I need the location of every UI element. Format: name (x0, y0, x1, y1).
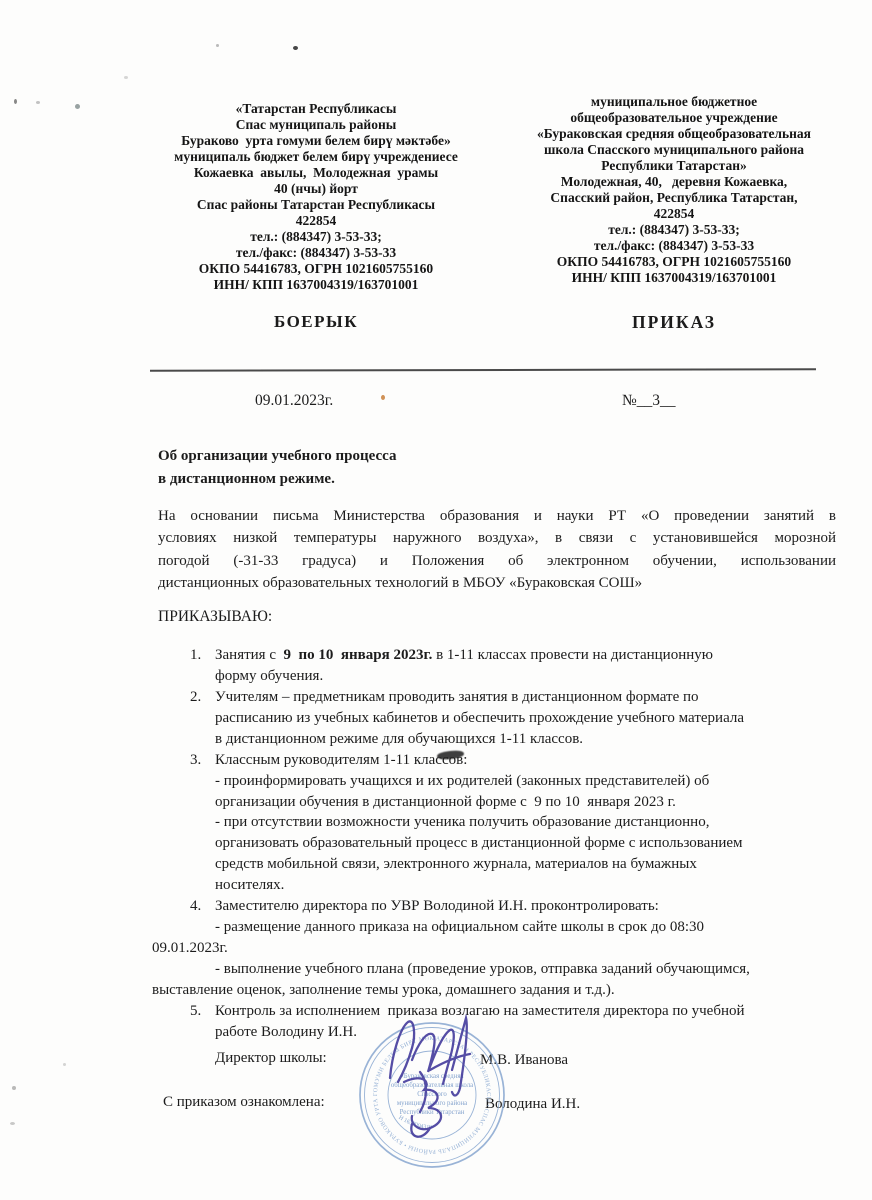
text-line: общеобразовательное учреждение (488, 110, 860, 126)
scan-speck (14, 99, 17, 104)
order-word: ПРИКАЗЫВАЮ: (158, 608, 836, 626)
text-line: Спасский район, Республика Татарстан, (488, 190, 860, 206)
text-line: ИНН/ КПП 1637004319/163701001 (150, 277, 482, 293)
signature-row-acknowledged: С приказом ознакомлена: Володина И.Н. (158, 1094, 836, 1115)
text-line: муниципальное бюджетное (488, 94, 860, 110)
text-line: тел.: (884347) 3-53-33; (488, 222, 860, 238)
item-line: расписанию из учебных кабинетов и обеспе… (215, 708, 836, 729)
signature-label: Директор школы: (215, 1050, 327, 1066)
item-line: - размещение данного приказа на официаль… (215, 917, 836, 938)
scan-speck (293, 46, 298, 50)
scan-speck (216, 44, 219, 47)
text-line: На основании письма Министерства образов… (158, 505, 836, 527)
scan-speck (12, 1086, 16, 1090)
item-line: Классным руководителям 1-11 классов: (215, 750, 836, 771)
order-item: 3.Классным руководителям 1-11 классов:- … (158, 750, 836, 896)
text-line: Спас муниципаль районы (150, 117, 482, 133)
text-line: Республики Татарстан» (488, 158, 860, 174)
item-number: 3. (190, 750, 201, 771)
scan-speck (124, 76, 128, 79)
order-meta: 09.01.2023г. №__3__ (158, 392, 872, 414)
text-line: Кожаевка авылы, Молодежная урамы (150, 165, 482, 181)
text-line: Спас районы Татарстан Республикасы (150, 197, 482, 213)
order-item: 1.Занятия с 9 по 10 января 2023г. в 1-11… (158, 645, 836, 687)
subject-line: Об организации учебного процесса (158, 445, 836, 468)
scan-speck (381, 395, 385, 400)
order-item: 2.Учителям – предметникам проводить заня… (158, 687, 836, 750)
item-line: Учителям – предметникам проводить заняти… (215, 687, 836, 708)
item-number: 1. (190, 645, 201, 666)
scan-speck (75, 104, 80, 109)
text-line: 422854 (150, 213, 482, 229)
text-line: ИНН/ КПП 1637004319/163701001 (488, 270, 860, 286)
text-line: школа Спасского муниципального района (488, 142, 860, 158)
item-line: организовать образовательный процесс в д… (215, 833, 836, 854)
text-line: 40 (нчы) йорт (150, 181, 482, 197)
item-line: Занятия с 9 по 10 января 2023г. в 1-11 к… (215, 645, 836, 666)
scan-speck (36, 101, 40, 104)
text-line: погодой (-31-33 градуса) и Положения об … (158, 550, 836, 572)
divider-rule (150, 368, 816, 371)
order-number: №__3__ (622, 392, 676, 410)
text-line: дистанционных образовательных технологий… (158, 572, 836, 594)
signature-label: С приказом ознакомлена: (163, 1094, 325, 1110)
text-line: «Татарстан Республикасы (150, 101, 482, 117)
text-line: Молодежная, 40, деревня Кожаевка, (488, 174, 860, 190)
order-titles: БОЕРЫК ПРИКАЗ (0, 312, 872, 333)
item-number: 5. (190, 1001, 201, 1022)
text-line: условиях низкой температуры наружного во… (158, 527, 836, 549)
order-items: 1.Занятия с 9 по 10 января 2023г. в 1-11… (158, 645, 836, 1042)
text-line: 422854 (488, 206, 860, 222)
text-line: Бураково урта гомуми белем бирү мәктәбе» (150, 133, 482, 149)
item-line: форму обучения. (215, 666, 836, 687)
item-line: носителях. (215, 875, 836, 896)
item-line: - проинформировать учащихся и их родител… (215, 771, 836, 792)
item-number: 4. (190, 896, 201, 917)
text-line: «Бураковская средняя общеобразовательная (488, 126, 860, 142)
scan-speck (10, 1122, 15, 1125)
item-line: работе Володину И.Н. (215, 1022, 836, 1043)
subject-line: в дистанционном режиме. (158, 468, 836, 491)
item-line: Заместителю директора по УВР Володиной И… (215, 896, 836, 917)
text-line: тел./факс: (884347) 3-53-33 (150, 245, 482, 261)
order-title-tatar: БОЕРЫК (150, 312, 482, 333)
item-line: 09.01.2023г. (152, 938, 836, 959)
order-title-russian: ПРИКАЗ (488, 312, 860, 333)
item-line: Контроль за исполнением приказа возлагаю… (215, 1001, 836, 1022)
item-line: - при отсутствии возможности ученика пол… (215, 812, 836, 833)
scan-speck (63, 1063, 66, 1066)
text-line: тел.: (884347) 3-53-33; (150, 229, 482, 245)
letterhead: «Татарстан РеспубликасыСпас муниципаль р… (0, 0, 872, 293)
item-line: средств мобильной связи, электронного жу… (215, 854, 836, 875)
signature-name: Володина И.Н. (485, 1096, 580, 1113)
text-line: ОКПО 54416783, ОГРН 1021605755160 (150, 261, 482, 277)
org-header-tatar: «Татарстан РеспубликасыСпас муниципаль р… (150, 101, 482, 293)
order-body: Об организации учебного процесса в диста… (158, 445, 836, 1115)
signature-row-director: Директор школы: М.В. Иванова (158, 1050, 836, 1071)
order-subject: Об организации учебного процесса в диста… (158, 445, 836, 490)
item-line: организации обучения в дистанционной фор… (215, 792, 836, 813)
scanned-order-document: «Татарстан РеспубликасыСпас муниципаль р… (0, 0, 872, 1200)
text-line: ОКПО 54416783, ОГРН 1021605755160 (488, 254, 860, 270)
order-preamble: На основании письма Министерства образов… (158, 505, 836, 594)
text-line: муниципаль бюджет белем бирү учреждениес… (150, 149, 482, 165)
order-item: 4.Заместителю директора по УВР Володиной… (158, 896, 836, 1001)
item-line: в дистанционном режиме для обучающихся 1… (215, 729, 836, 750)
text-line: тел./факс: (884347) 3-53-33 (488, 238, 860, 254)
org-header-russian: муниципальное бюджетноеобщеобразовательн… (488, 94, 860, 293)
item-line: выставление оценок, заполнение темы урок… (152, 980, 836, 1001)
item-number: 2. (190, 687, 201, 708)
order-date: 09.01.2023г. (255, 392, 333, 410)
signature-name: М.В. Иванова (480, 1052, 568, 1069)
item-line: - выполнение учебного плана (проведение … (215, 959, 836, 980)
order-item: 5.Контроль за исполнением приказа возлаг… (158, 1001, 836, 1043)
